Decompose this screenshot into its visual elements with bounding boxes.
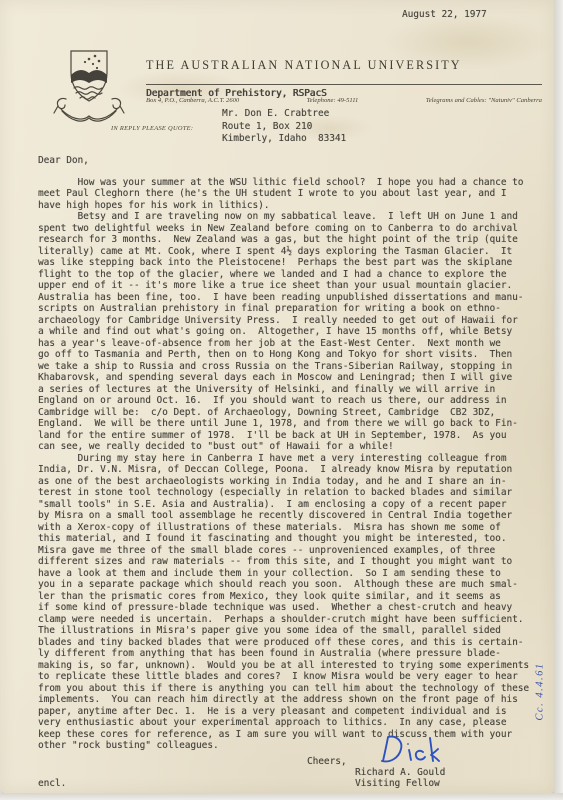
sender-name: Richard A. Gould — [355, 767, 445, 779]
salutation: Dear Don, — [38, 155, 552, 167]
letterhead-telephone: Telephone: 49-5111 — [307, 97, 359, 104]
university-name: THE AUSTRALIAN NATIONAL UNIVERSITY — [146, 58, 462, 73]
enclosure-note: encl. — [38, 778, 66, 790]
letter-date: August 22, 1977 — [402, 9, 487, 21]
letterhead-address: Box 4, P.O., Canberra, A.C.T. 2600 — [146, 97, 239, 104]
recipient-address: Mr. Don E. Crabtree Route 1, Box 210 Kim… — [222, 108, 346, 146]
scan-edge-bottom — [0, 793, 563, 800]
anu-crest-icon — [52, 47, 126, 127]
body-paragraph-2: Betsy and I are traveling now on my sabb… — [38, 211, 552, 453]
closing-valediction: Cheers, — [307, 756, 347, 768]
letter-page: August 22, 1977 THE AUSTRALIAN NATIONAL … — [0, 0, 554, 793]
margin-annotation-handwritten: Cc. 4.4.61 — [535, 622, 546, 762]
letter-body: Dear Don, How was your summer at the WSU… — [38, 155, 552, 752]
scanned-letter: { "letter": { "date": "August 22, 1977",… — [0, 0, 563, 800]
scan-edge-right — [554, 0, 563, 793]
handwritten-signature — [376, 733, 440, 767]
sender-title: Visiting Fellow — [355, 778, 440, 790]
body-paragraph-1: How was your summer at the WSU lithic fi… — [38, 177, 552, 212]
letterhead-divider — [146, 84, 542, 85]
letterhead-cables: Telegrams and Cables: "Natuniv" Canberra — [426, 97, 542, 104]
body-paragraph-3: During my stay here in Canberra I have m… — [38, 453, 552, 752]
letterhead-print-row: Box 4, P.O., Canberra, A.C.T. 2600 Telep… — [146, 97, 542, 104]
in-reply-please-quote-label: IN REPLY PLEASE QUOTE: — [111, 125, 193, 132]
